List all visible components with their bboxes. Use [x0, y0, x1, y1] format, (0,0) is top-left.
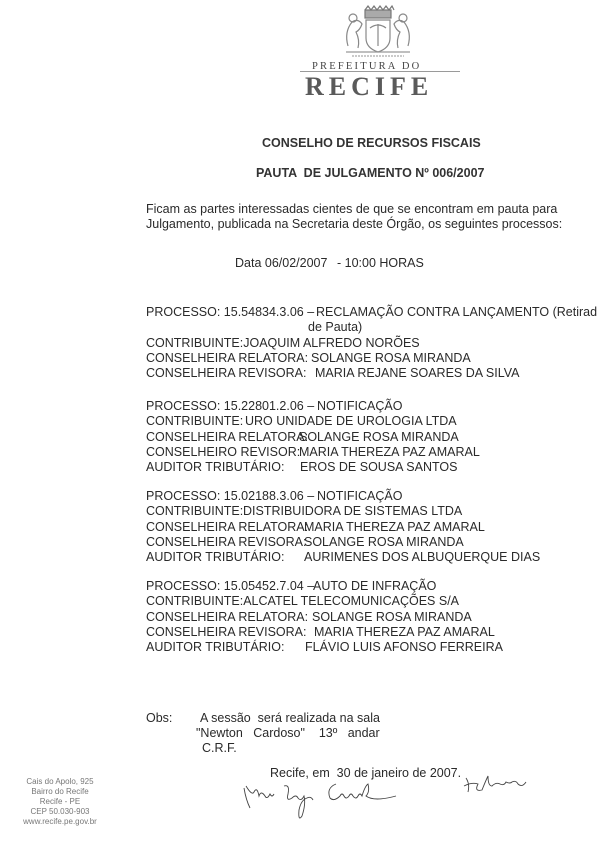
rapporteur-label: CONSELHEIRA RELATORA: [146, 430, 308, 445]
process-type: AUTO DE INFRAÇÃO [313, 579, 436, 594]
session-date: Data 06/02/2007 [235, 256, 327, 271]
process-number: PROCESSO: 15.22801.2.06 – [146, 399, 314, 414]
auditor-name: FLÁVIO LUIS AFONSO FERREIRA [305, 640, 503, 655]
rapporteur-name: MARIA THEREZA PAZ AMARAL [304, 520, 485, 535]
process-type: NOTIFICAÇÃO [317, 399, 402, 414]
taxpayer-name: DISTRIBUIDORA DE SISTEMAS LTDA [243, 504, 462, 519]
process-number: PROCESSO: 15.05452.7.04 – [146, 579, 314, 594]
taxpayer-label: CONTRIBUINTE: [146, 414, 243, 429]
taxpayer: CONTRIBUINTE:JOAQUIM ALFREDO NORÕES [146, 336, 420, 351]
intro-line-1: Ficam as partes interessadas cientes de … [146, 202, 557, 217]
process-type-continued: de Pauta) [308, 320, 362, 335]
rapporteur-label: CONSELHEIRA RELATORA: [146, 520, 308, 535]
obs-line-1: A sessão será realizada na sala [200, 711, 380, 726]
auditor-name: AURIMENES DOS ALBUQUERQUE DIAS [304, 550, 540, 565]
reviewer-label: CONSELHEIRA REVISORA: [146, 625, 306, 640]
auditor-name: EROS DE SOUSA SANTOS [300, 460, 457, 475]
reviewer-label: CONSELHEIRA REVISORA: [146, 535, 306, 550]
rapporteur-label: CONSELHEIRA RELATORA: [146, 351, 308, 366]
taxpayer-name: URO UNIDADE DE UROLOGIA LTDA [245, 414, 457, 429]
taxpayer-label: CONTRIBUINTE: [146, 504, 243, 519]
rapporteur-name: SOLANGE ROSA MIRANDA [312, 610, 472, 625]
obs-label: Obs: [146, 711, 172, 726]
address-cep: CEP 50.030-903 [8, 807, 112, 817]
process-type: RECLAMAÇÃO CONTRA LANÇAMENTO (Retirado [316, 305, 597, 320]
obs-line-3: C.R.F. [202, 741, 237, 756]
process-number: PROCESSO: 15.54834.3.06 – [146, 305, 314, 320]
reviewer-name: MARIA THEREZA PAZ AMARAL [299, 445, 480, 460]
rapporteur-name: SOLANGE ROSA MIRANDA [311, 351, 471, 366]
org-name-line1: PREFEITURA DO [312, 61, 421, 72]
signature-icon [240, 778, 440, 828]
signature-icon [460, 772, 540, 802]
process-type: NOTIFICAÇÃO [317, 489, 402, 504]
auditor-label: AUDITOR TRIBUTÁRIO: [146, 550, 284, 565]
reviewer-label: CONSELHEIRA REVISORA: [146, 366, 306, 381]
reviewer-name: SOLANGE ROSA MIRANDA [304, 535, 464, 550]
coat-of-arms-icon [338, 4, 418, 60]
address-block: Cais do Apolo, 925 Bairro do Recife Reci… [8, 777, 112, 827]
reviewer-name: MARIA REJANE SOARES DA SILVA [315, 366, 519, 381]
address-website: www.recife.pe.gov.br [8, 817, 112, 827]
org-name-line2: RECIFE [305, 72, 433, 102]
address-district: Bairro do Recife [8, 787, 112, 797]
address-street: Cais do Apolo, 925 [8, 777, 112, 787]
obs-line-2: "Newton Cardoso" 13º andar [196, 726, 380, 741]
rapporteur-label: CONSELHEIRA RELATORA: [146, 610, 308, 625]
auditor-label: AUDITOR TRIBUTÁRIO: [146, 460, 284, 475]
session-time: - 10:00 HORAS [337, 256, 424, 271]
reviewer-name: MARIA THEREZA PAZ AMARAL [314, 625, 495, 640]
prefeitura-logo: PREFEITURA DO RECIFE [300, 0, 460, 105]
rapporteur-name: SOLANGE ROSA MIRANDA [299, 430, 459, 445]
agenda-title: PAUTA DE JULGAMENTO Nº 006/2007 [256, 166, 484, 180]
taxpayer: CONTRIBUINTE:ALCATEL TELECOMUNICAÇÕES S/… [146, 594, 459, 609]
council-title: CONSELHO DE RECURSOS FISCAIS [262, 136, 481, 150]
process-number: PROCESSO: 15.02188.3.06 – [146, 489, 314, 504]
reviewer-label: CONSELHEIRO REVISOR: [146, 445, 300, 460]
auditor-label: AUDITOR TRIBUTÁRIO: [146, 640, 284, 655]
intro-line-2: Julgamento, publicada na Secretaria dest… [146, 217, 562, 232]
address-city: Recife - PE [8, 797, 112, 807]
